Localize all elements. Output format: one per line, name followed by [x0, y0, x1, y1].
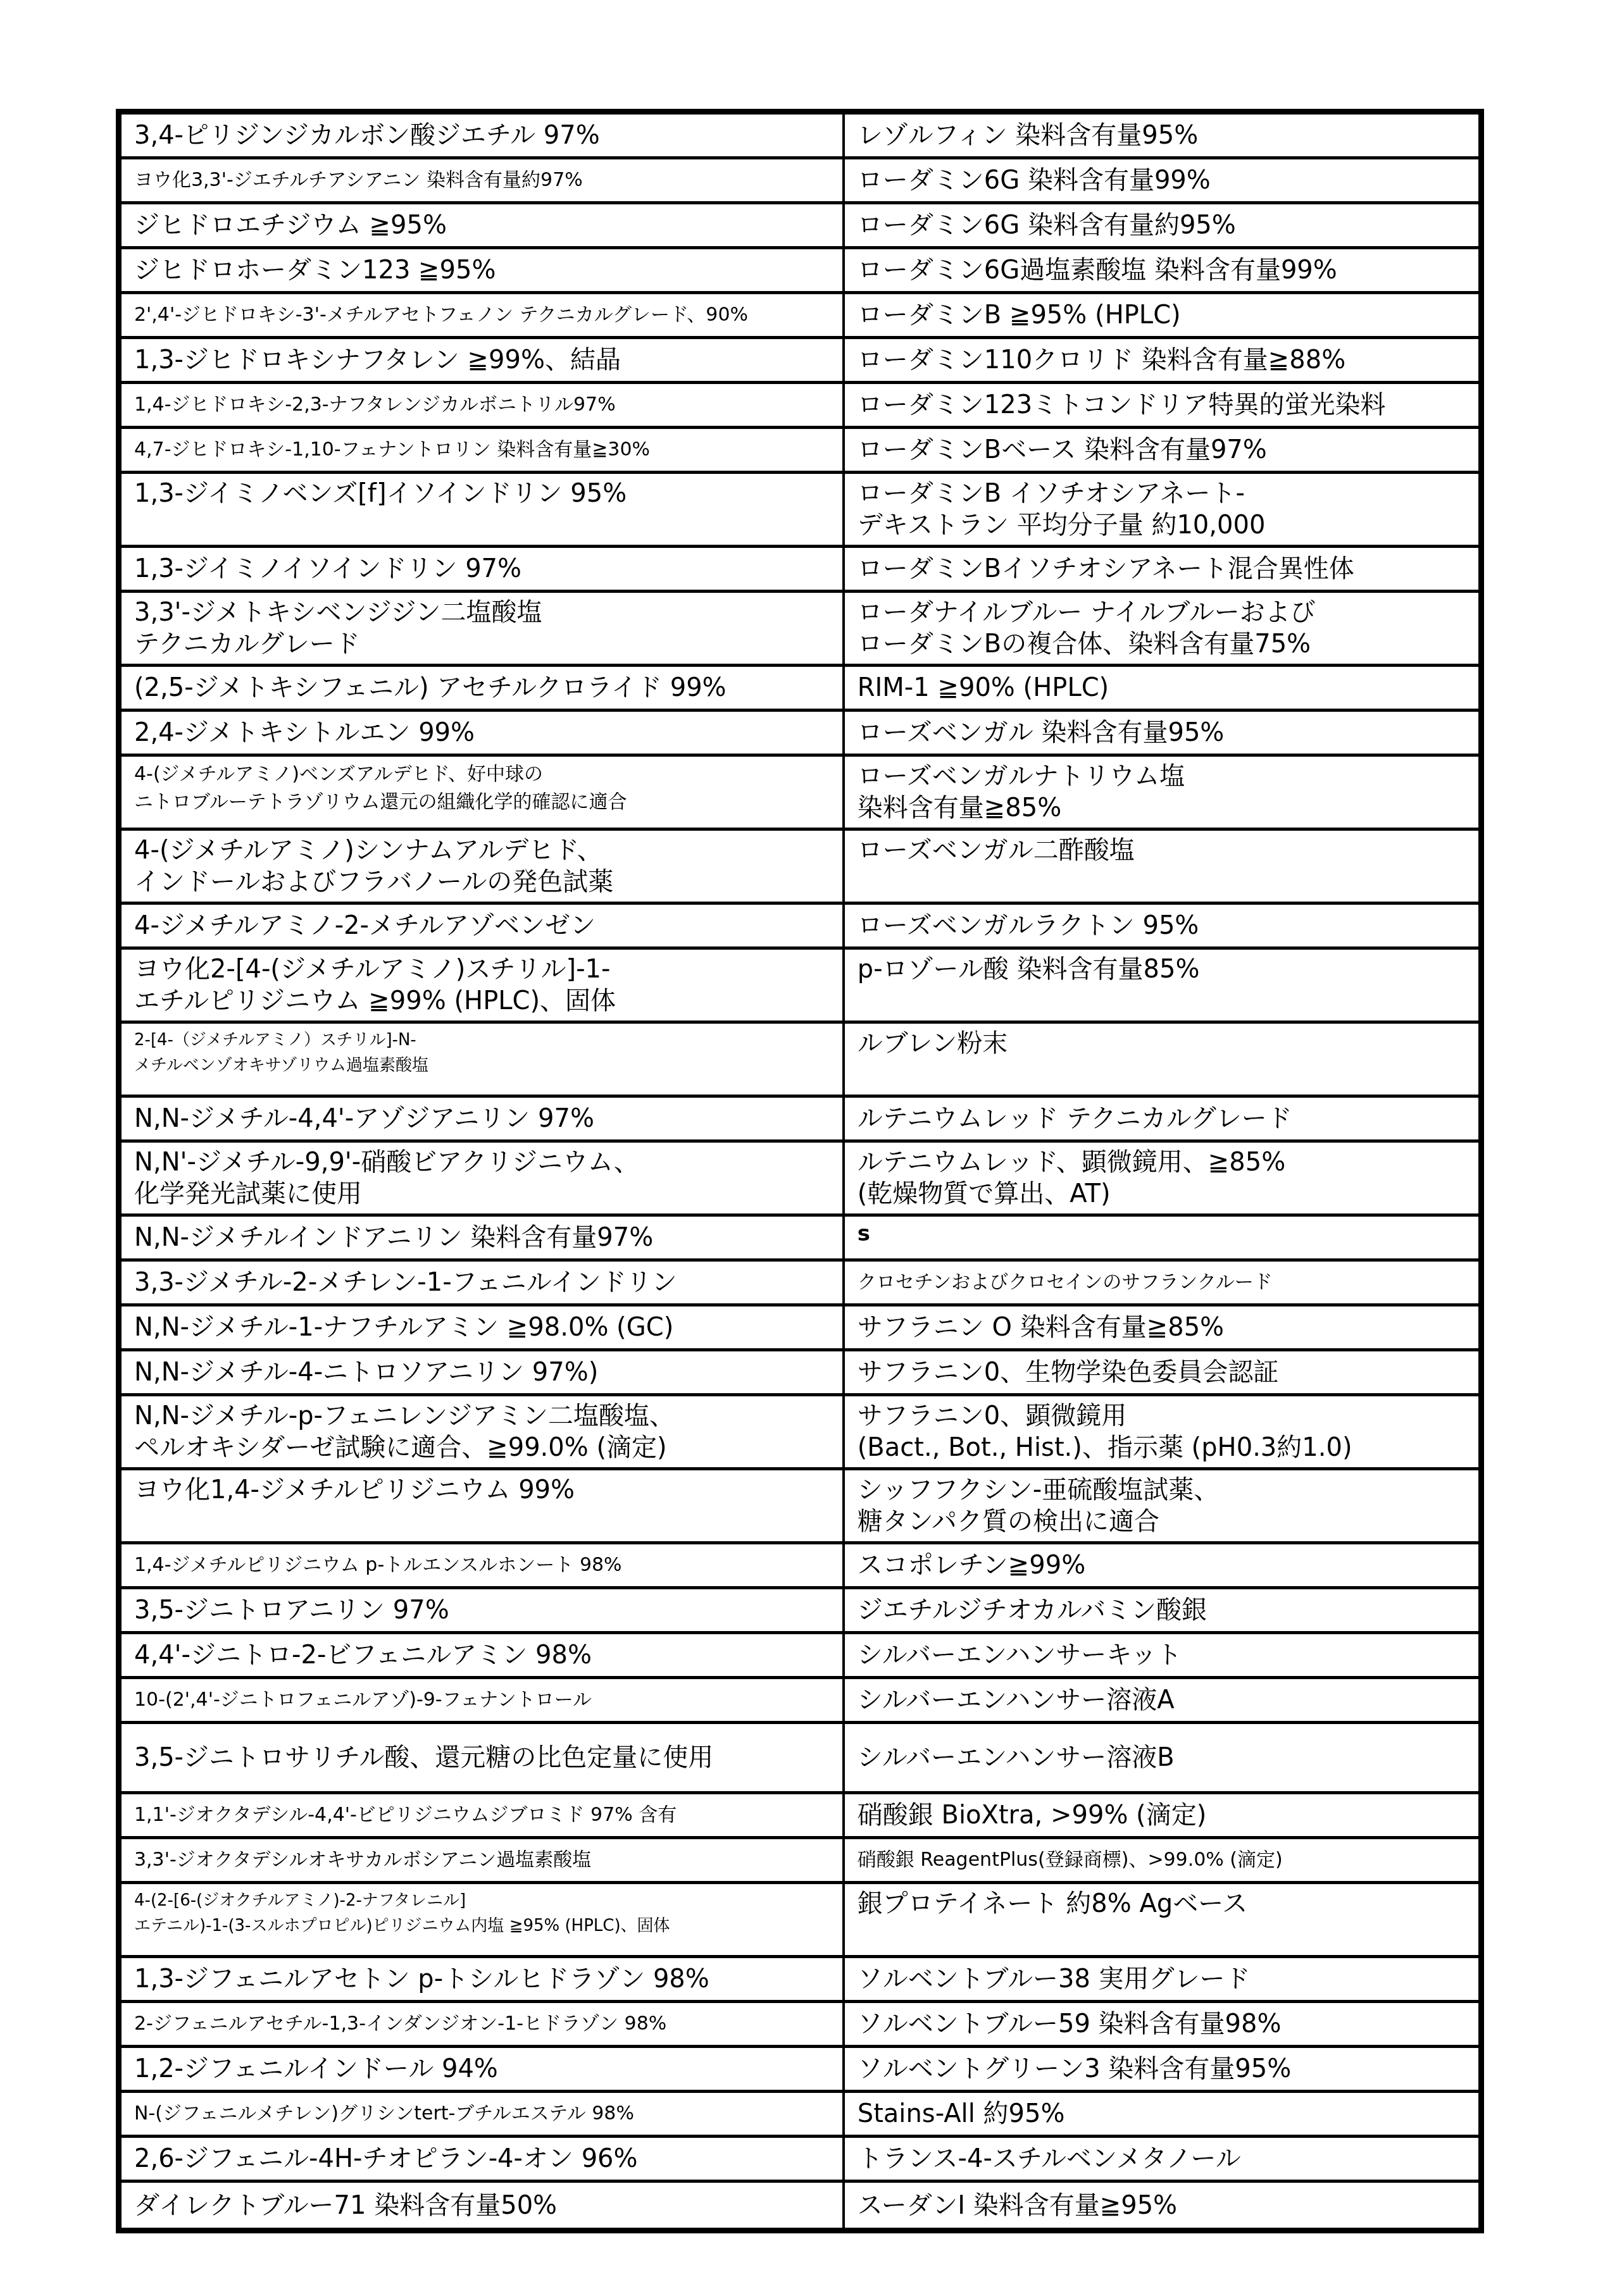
table-row: N,N-ジメチル-p-フェニレンジアミン二塩酸塩、ペルオキシダーゼ試験に適合、≧… [122, 1396, 1478, 1470]
cell-left-product: 1,4-ジヒドロキシ-2,3-ナフタレンジカルボニトリル97% [122, 384, 845, 426]
cell-right-product: サフラニン O 染料含有量≧85% [845, 1306, 1478, 1348]
product-name-line: 4-(2-[6-(ジオクチルアミノ)-2-ナフタレニル] [134, 1888, 832, 1913]
cell-right-product: ローダナイルブルー ナイルブルーおよびローダミンBの複合体、染料含有量75% [845, 593, 1478, 664]
product-name-line: 4,7-ジヒドロキシ-1,10-フェナントロリン 染料含有量≧30% [134, 436, 832, 464]
product-name-line: 硝酸銀 BioXtra, >99% (滴定) [858, 1799, 1468, 1831]
table-row: 3,3'-ジメトキシベンジジン二塩酸塩テクニカルグレードローダナイルブルー ナイ… [122, 593, 1478, 667]
product-name-line: Stains-All 約95% [858, 2098, 1468, 2130]
table-row: 4,7-ジヒドロキシ-1,10-フェナントロリン 染料含有量≧30%ローダミンB… [122, 429, 1478, 474]
cell-right-product: s [845, 1217, 1478, 1258]
cell-right-product: サフラニン0、顕微鏡用(Bact., Bot., Hist.)、指示薬 (pH0… [845, 1396, 1478, 1467]
product-name-line: ヨウ化1,4-ジメチルピリジニウム 99% [134, 1474, 832, 1506]
product-name-line: ジヒドロホーダミン123 ≧95% [134, 254, 832, 286]
table-row: 1,2-ジフェニルインドール 94%ソルベントグリーン3 染料含有量95% [122, 2048, 1478, 2093]
cell-right-product: シッフフクシン-亜硫酸塩試薬、糖タンパク質の検出に適合 [845, 1470, 1478, 1541]
cell-left-product: 3,5-ジニトロアニリン 97% [122, 1589, 845, 1631]
cell-left-product: ジヒドロホーダミン123 ≧95% [122, 249, 845, 291]
product-name-line: サフラニン0、顕微鏡用 [858, 1400, 1468, 1432]
product-name-line: ローダミン6G 染料含有量約95% [858, 209, 1468, 241]
table-row: 3,3-ジメチル-2-メチレン-1-フェニルインドリンクロセチンおよびクロセイン… [122, 1262, 1478, 1306]
product-name-line: ルテニウムレッド、顕微鏡用、≧85% [858, 1146, 1468, 1178]
cell-right-product: ローダミン6G 染料含有量約95% [845, 204, 1478, 246]
cell-left-product: (2,5-ジメトキシフェニル) アセチルクロライド 99% [122, 667, 845, 709]
product-name-line: ジヒドロエチジウム ≧95% [134, 209, 832, 241]
table-row: 3,3'-ジオクタデシルオキサカルボシアニン過塩素酸塩硝酸銀 ReagentPl… [122, 1839, 1478, 1884]
product-name-line: トランス-4-スチルベンメタノール [858, 2143, 1468, 2175]
product-name-line: シルバーエンハンサー溶液B [858, 1742, 1468, 1773]
product-name-line: ソルベントブルー59 染料含有量98% [858, 2008, 1468, 2040]
product-name-line: N,N-ジメチル-1-ナフチルアミン ≧98.0% (GC) [134, 1312, 832, 1343]
product-name-line: N,N-ジメチル-4,4'-アゾジアニリン 97% [134, 1103, 832, 1134]
table-row: 1,3-ジヒドロキシナフタレン ≧99%、結晶ローダミン110クロリド 染料含有… [122, 339, 1478, 384]
product-name-line: 糖タンパク質の検出に適合 [858, 1506, 1468, 1537]
cell-right-product: ローズベンガル二酢酸塩 [845, 831, 1478, 902]
product-name-line: (2,5-ジメトキシフェニル) アセチルクロライド 99% [134, 672, 832, 704]
cell-left-product: 3,3-ジメチル-2-メチレン-1-フェニルインドリン [122, 1262, 845, 1303]
product-name-line: 1,2-ジフェニルインドール 94% [134, 2053, 832, 2085]
cell-left-product: 3,4-ピリジンジカルボン酸ジエチル 97% [122, 115, 845, 156]
table-row: 4-ジメチルアミノ-2-メチルアゾベンゼンローズベンガルラクトン 95% [122, 905, 1478, 950]
table-row: N,N'-ジメチル-9,9'-硝酸ビアクリジニウム、化学発光試薬に使用ルテニウム… [122, 1143, 1478, 1217]
cell-left-product: N-(ジフェニルメチレン)グリシンtert-ブチルエステル 98% [122, 2093, 845, 2135]
product-name-line: N-(ジフェニルメチレン)グリシンtert-ブチルエステル 98% [134, 2100, 832, 2128]
cell-left-product: 2-ジフェニルアセチル-1,3-インダンジオン-1-ヒドラゾン 98% [122, 2003, 845, 2045]
cell-right-product: RIM-1 ≧90% (HPLC) [845, 667, 1478, 709]
product-name-line: シルバーエンハンサー溶液A [858, 1684, 1468, 1716]
table-row: 1,3-ジイミノイソインドリン 97%ローダミンBイソチオシアネート混合異性体 [122, 548, 1478, 593]
product-name-line: 1,3-ジイミノイソインドリン 97% [134, 553, 832, 585]
product-name-line: ルブレン粉末 [858, 1027, 1468, 1059]
table-row: 2-ジフェニルアセチル-1,3-インダンジオン-1-ヒドラゾン 98%ソルベント… [122, 2003, 1478, 2048]
product-name-line: 3,3'-ジオクタデシルオキサカルボシアニン過塩素酸塩 [134, 1846, 832, 1874]
table-row: N-(ジフェニルメチレン)グリシンtert-ブチルエステル 98%Stains-… [122, 2093, 1478, 2138]
product-name-line: 4-ジメチルアミノ-2-メチルアゾベンゼン [134, 910, 832, 941]
cell-right-product: ソルベントブルー59 染料含有量98% [845, 2003, 1478, 2045]
table-row: 10-(2',4'-ジニトロフェニルアゾ)-9-フェナントロールシルバーエンハン… [122, 1679, 1478, 1724]
cell-left-product: 2',4'-ジヒドロキシ-3'-メチルアセトフェノン テクニカルグレード、90% [122, 294, 845, 336]
product-name-line: 1,3-ジイミノベンズ[f]イソインドリン 95% [134, 478, 832, 509]
table-row: 2,4-ジメトキシトルエン 99%ローズベンガル 染料含有量95% [122, 712, 1478, 757]
cell-left-product: 4,4'-ジニトロ-2-ビフェニルアミン 98% [122, 1634, 845, 1676]
product-name-line: 1,3-ジヒドロキシナフタレン ≧99%、結晶 [134, 344, 832, 376]
table-row: 1,3-ジイミノベンズ[f]イソインドリン 95%ローダミンB イソチオシアネー… [122, 474, 1478, 548]
table-row: ヨウ化2-[4-(ジメチルアミノ)スチリル]-1-エチルピリジニウム ≧99% … [122, 950, 1478, 1024]
table-row: ジヒドロエチジウム ≧95%ローダミン6G 染料含有量約95% [122, 204, 1478, 249]
cell-left-product: N,N'-ジメチル-9,9'-硝酸ビアクリジニウム、化学発光試薬に使用 [122, 1143, 845, 1213]
product-name-line: N,N'-ジメチル-9,9'-硝酸ビアクリジニウム、 [134, 1146, 832, 1178]
cell-right-product: ルブレン粉末 [845, 1024, 1478, 1095]
cell-left-product: 10-(2',4'-ジニトロフェニルアゾ)-9-フェナントロール [122, 1679, 845, 1721]
cell-left-product: 1,3-ジイミノイソインドリン 97% [122, 548, 845, 590]
table-row: ヨウ化3,3'-ジエチルチアシアニン 染料含有量約97%ローダミン6G 染料含有… [122, 159, 1478, 204]
table-row: 4,4'-ジニトロ-2-ビフェニルアミン 98%シルバーエンハンサーキット [122, 1634, 1478, 1679]
cell-right-product: ローダミンB イソチオシアネート-デキストラン 平均分子量 約10,000 [845, 474, 1478, 545]
product-name-line: レゾルフィン 染料含有量95% [858, 120, 1468, 151]
cell-right-product: 硝酸銀 BioXtra, >99% (滴定) [845, 1794, 1478, 1836]
product-name-line: 4-(ジメチルアミノ)ベンズアルデヒド、好中球の [134, 760, 832, 788]
table-row: 3,4-ピリジンジカルボン酸ジエチル 97%レゾルフィン 染料含有量95% [122, 115, 1478, 159]
table-row: N,N-ジメチル-4,4'-アゾジアニリン 97%ルテニウムレッド テクニカルグ… [122, 1098, 1478, 1143]
product-name-line: (乾燥物質で算出、AT) [858, 1178, 1468, 1210]
product-name-line: ローダミン123ミトコンドリア特異的蛍光染料 [858, 389, 1468, 421]
cell-right-product: スコポレチン≧99% [845, 1544, 1478, 1586]
product-name-line: エチルピリジニウム ≧99% (HPLC)、固体 [134, 985, 832, 1017]
cell-right-product: ローズベンガルナトリウム塩染料含有量≧85% [845, 757, 1478, 828]
table-row: 1,4-ジメチルピリジニウム p-トルエンスルホンート 98%スコポレチン≧99… [122, 1544, 1478, 1589]
cell-left-product: 1,3-ジヒドロキシナフタレン ≧99%、結晶 [122, 339, 845, 381]
cell-right-product: ローズベンガルラクトン 95% [845, 905, 1478, 946]
product-name-line: ヨウ化3,3'-ジエチルチアシアニン 染料含有量約97% [134, 166, 832, 194]
product-name-line: ローダミンBイソチオシアネート混合異性体 [858, 553, 1468, 585]
cell-left-product: N,N-ジメチル-4-ニトロソアニリン 97%) [122, 1351, 845, 1393]
table-row: 3,5-ジニトロサリチル酸、還元糖の比色定量に使用シルバーエンハンサー溶液B [122, 1724, 1478, 1794]
table-row: (2,5-ジメトキシフェニル) アセチルクロライド 99%RIM-1 ≧90% … [122, 667, 1478, 712]
cell-left-product: 1,4-ジメチルピリジニウム p-トルエンスルホンート 98% [122, 1544, 845, 1586]
table-row: N,N-ジメチルインドアニリン 染料含有量97%s [122, 1217, 1478, 1262]
product-name-line: ローダミンBベース 染料含有量97% [858, 434, 1468, 466]
product-name-line: ローダミン6G 染料含有量99% [858, 164, 1468, 196]
table-row: N,N-ジメチル-4-ニトロソアニリン 97%)サフラニン0、生物学染色委員会認… [122, 1351, 1478, 1396]
cell-left-product: 2,6-ジフェニル-4H-チオピラン-4-オン 96% [122, 2138, 845, 2180]
product-name-line: p-ロゾール酸 染料含有量85% [858, 953, 1468, 985]
cell-left-product: 3,3'-ジメトキシベンジジン二塩酸塩テクニカルグレード [122, 593, 845, 664]
table-row: 4-(ジメチルアミノ)シンナムアルデヒド、インドールおよびフラバノールの発色試薬… [122, 831, 1478, 905]
cell-left-product: 4-ジメチルアミノ-2-メチルアゾベンゼン [122, 905, 845, 946]
product-name-line: N,N-ジメチル-4-ニトロソアニリン 97%) [134, 1356, 832, 1388]
product-name-line: インドールおよびフラバノールの発色試薬 [134, 866, 832, 898]
cell-right-product: スーダンI 染料含有量≧95% [845, 2183, 1478, 2228]
product-name-line: ダイレクトブルー71 染料含有量50% [134, 2190, 832, 2221]
cell-left-product: ジヒドロエチジウム ≧95% [122, 204, 845, 246]
cell-right-product: ローダミン110クロリド 染料含有量≧88% [845, 339, 1478, 381]
cell-right-product: シルバーエンハンサー溶液A [845, 1679, 1478, 1721]
cell-left-product: ダイレクトブルー71 染料含有量50% [122, 2183, 845, 2228]
product-name-line: ヨウ化2-[4-(ジメチルアミノ)スチリル]-1- [134, 953, 832, 985]
table-row: 2,6-ジフェニル-4H-チオピラン-4-オン 96%トランス-4-スチルベンメ… [122, 2138, 1478, 2183]
product-name-line: デキストラン 平均分子量 約10,000 [858, 509, 1468, 541]
product-name-line: 1,4-ジメチルピリジニウム p-トルエンスルホンート 98% [134, 1551, 832, 1579]
cell-right-product: ローダミンBベース 染料含有量97% [845, 429, 1478, 471]
cell-left-product: N,N-ジメチル-4,4'-アゾジアニリン 97% [122, 1098, 845, 1139]
cell-left-product: N,N-ジメチルインドアニリン 染料含有量97% [122, 1217, 845, 1258]
table-row: 1,4-ジヒドロキシ-2,3-ナフタレンジカルボニトリル97%ローダミン123ミ… [122, 384, 1478, 429]
cell-right-product: サフラニン0、生物学染色委員会認証 [845, 1351, 1478, 1393]
cell-right-product: ルテニウムレッド テクニカルグレード [845, 1098, 1478, 1139]
product-name-line: 硝酸銀 ReagentPlus(登録商標)、>99.0% (滴定) [858, 1846, 1468, 1874]
product-name-line: サフラニン0、生物学染色委員会認証 [858, 1356, 1468, 1388]
product-name-line: シッフフクシン-亜硫酸塩試薬、 [858, 1474, 1468, 1506]
cell-right-product: ローダミン6G 染料含有量99% [845, 159, 1478, 201]
product-name-line: スコポレチン≧99% [858, 1549, 1468, 1581]
cell-right-product: Stains-All 約95% [845, 2093, 1478, 2135]
product-name-line: クロセチンおよびクロセインのサフランクルード [858, 1269, 1468, 1296]
product-name-line: ローダミン6G過塩素酸塩 染料含有量99% [858, 254, 1468, 286]
product-name-line: ローズベンガル二酢酸塩 [858, 835, 1468, 866]
product-name-line: 銀プロテイネート 約8% Agベース [858, 1888, 1468, 1920]
product-name-line: ローダミン110クロリド 染料含有量≧88% [858, 344, 1468, 376]
cell-left-product: 1,3-ジイミノベンズ[f]イソインドリン 95% [122, 474, 845, 545]
cell-right-product: 銀プロテイネート 約8% Agベース [845, 1884, 1478, 1955]
product-name-line: シルバーエンハンサーキット [858, 1639, 1468, 1671]
table-row: 4-(ジメチルアミノ)ベンズアルデヒド、好中球のニトロブルーテトラゾリウム還元の… [122, 757, 1478, 831]
table-row: 2',4'-ジヒドロキシ-3'-メチルアセトフェノン テクニカルグレード、90%… [122, 294, 1478, 339]
cell-left-product: 4-(2-[6-(ジオクチルアミノ)-2-ナフタレニル]エテニル)-1-(3-ス… [122, 1884, 845, 1955]
table-row: ジヒドロホーダミン123 ≧95%ローダミン6G過塩素酸塩 染料含有量99% [122, 249, 1478, 294]
chemical-product-table: 3,4-ピリジンジカルボン酸ジエチル 97%レゾルフィン 染料含有量95%ヨウ化… [116, 109, 1484, 2233]
cell-left-product: 3,5-ジニトロサリチル酸、還元糖の比色定量に使用 [122, 1724, 845, 1791]
product-name-line: 2,4-ジメトキシトルエン 99% [134, 717, 832, 748]
product-name-line: 10-(2',4'-ジニトロフェニルアゾ)-9-フェナントロール [134, 1686, 832, 1714]
product-name-line: s [858, 1220, 1468, 1247]
cell-right-product: シルバーエンハンサーキット [845, 1634, 1478, 1676]
product-name-line: N,N-ジメチル-p-フェニレンジアミン二塩酸塩、 [134, 1400, 832, 1432]
product-name-line: メチルベンゾオキサゾリウム過塩素酸塩 [134, 1053, 832, 1078]
cell-left-product: 2-[4-（ジメチルアミノ）スチリル]-N-メチルベンゾオキサゾリウム過塩素酸塩 [122, 1024, 845, 1095]
cell-right-product: シルバーエンハンサー溶液B [845, 1724, 1478, 1791]
table-row: N,N-ジメチル-1-ナフチルアミン ≧98.0% (GC)サフラニン O 染料… [122, 1306, 1478, 1351]
cell-right-product: p-ロゾール酸 染料含有量85% [845, 950, 1478, 1021]
product-name-line: 3,5-ジニトロサリチル酸、還元糖の比色定量に使用 [134, 1742, 832, 1773]
product-name-line: N,N-ジメチルインドアニリン 染料含有量97% [134, 1222, 832, 1253]
table-row: 3,5-ジニトロアニリン 97%ジエチルジチオカルバミン酸銀 [122, 1589, 1478, 1634]
cell-right-product: ジエチルジチオカルバミン酸銀 [845, 1589, 1478, 1631]
table-row: ダイレクトブルー71 染料含有量50%スーダンI 染料含有量≧95% [122, 2183, 1478, 2228]
product-name-line: ローダミンB イソチオシアネート- [858, 478, 1468, 509]
cell-left-product: 4,7-ジヒドロキシ-1,10-フェナントロリン 染料含有量≧30% [122, 429, 845, 471]
table-row: 4-(2-[6-(ジオクチルアミノ)-2-ナフタレニル]エテニル)-1-(3-ス… [122, 1884, 1478, 1958]
cell-left-product: 1,3-ジフェニルアセトン p-トシルヒドラゾン 98% [122, 1958, 845, 2000]
cell-left-product: ヨウ化2-[4-(ジメチルアミノ)スチリル]-1-エチルピリジニウム ≧99% … [122, 950, 845, 1021]
product-name-line: ソルベントブルー38 実用グレード [858, 1963, 1468, 1995]
cell-right-product: ソルベントブルー38 実用グレード [845, 1958, 1478, 2000]
product-name-line: 3,5-ジニトロアニリン 97% [134, 1594, 832, 1626]
product-name-line: 2',4'-ジヒドロキシ-3'-メチルアセトフェノン テクニカルグレード、90% [134, 301, 832, 329]
product-name-line: エテニル)-1-(3-スルホプロピル)ピリジニウム内塩 ≧95% (HPLC)、… [134, 1913, 832, 1939]
product-name-line: ローダミンBの複合体、染料含有量75% [858, 628, 1468, 660]
cell-right-product: レゾルフィン 染料含有量95% [845, 115, 1478, 156]
cell-left-product: ヨウ化3,3'-ジエチルチアシアニン 染料含有量約97% [122, 159, 845, 201]
product-name-line: RIM-1 ≧90% (HPLC) [858, 672, 1468, 704]
product-name-line: テクニカルグレード [134, 628, 832, 660]
product-name-line: ローズベンガル 染料含有量95% [858, 717, 1468, 748]
product-name-line: 1,3-ジフェニルアセトン p-トシルヒドラゾン 98% [134, 1963, 832, 1995]
product-name-line: 3,3-ジメチル-2-メチレン-1-フェニルインドリン [134, 1267, 832, 1298]
product-name-line: ペルオキシダーゼ試験に適合、≧99.0% (滴定) [134, 1432, 832, 1463]
product-name-line: ニトロブルーテトラゾリウム還元の組織化学的確認に適合 [134, 788, 832, 816]
cell-right-product: ローダミンBイソチオシアネート混合異性体 [845, 548, 1478, 590]
table-row: 1,3-ジフェニルアセトン p-トシルヒドラゾン 98%ソルベントブルー38 実… [122, 1958, 1478, 2003]
cell-left-product: 4-(ジメチルアミノ)シンナムアルデヒド、インドールおよびフラバノールの発色試薬 [122, 831, 845, 902]
product-name-line: サフラニン O 染料含有量≧85% [858, 1312, 1468, 1343]
product-name-line: ローズベンガルナトリウム塩 [858, 760, 1468, 792]
cell-left-product: ヨウ化1,4-ジメチルピリジニウム 99% [122, 1470, 845, 1541]
product-name-line: ルテニウムレッド テクニカルグレード [858, 1103, 1468, 1134]
cell-right-product: ローダミン6G過塩素酸塩 染料含有量99% [845, 249, 1478, 291]
cell-right-product: ローズベンガル 染料含有量95% [845, 712, 1478, 754]
product-name-line: 3,3'-ジメトキシベンジジン二塩酸塩 [134, 597, 832, 628]
table-row: 1,1'-ジオクタデシル-4,4'-ビピリジニウムジブロミド 97% 含有硝酸銀… [122, 1794, 1478, 1839]
cell-left-product: 4-(ジメチルアミノ)ベンズアルデヒド、好中球のニトロブルーテトラゾリウム還元の… [122, 757, 845, 828]
product-name-line: 3,4-ピリジンジカルボン酸ジエチル 97% [134, 120, 832, 151]
product-name-line: 1,1'-ジオクタデシル-4,4'-ビピリジニウムジブロミド 97% 含有 [134, 1801, 832, 1829]
cell-right-product: ローダミン123ミトコンドリア特異的蛍光染料 [845, 384, 1478, 426]
cell-left-product: 3,3'-ジオクタデシルオキサカルボシアニン過塩素酸塩 [122, 1839, 845, 1881]
document-page: 3,4-ピリジンジカルボン酸ジエチル 97%レゾルフィン 染料含有量95%ヨウ化… [0, 0, 1610, 2296]
product-name-line: ローダナイルブルー ナイルブルーおよび [858, 597, 1468, 628]
product-name-line: 2-[4-（ジメチルアミノ）スチリル]-N- [134, 1027, 832, 1053]
product-name-line: ローダミンB ≧95% (HPLC) [858, 299, 1468, 331]
product-name-line: ジエチルジチオカルバミン酸銀 [858, 1594, 1468, 1626]
product-name-line: 化学発光試薬に使用 [134, 1178, 832, 1210]
product-name-line: 染料含有量≧85% [858, 792, 1468, 824]
product-name-line: 1,4-ジヒドロキシ-2,3-ナフタレンジカルボニトリル97% [134, 391, 832, 419]
product-name-line: 2-ジフェニルアセチル-1,3-インダンジオン-1-ヒドラゾン 98% [134, 2010, 832, 2038]
cell-left-product: N,N-ジメチル-p-フェニレンジアミン二塩酸塩、ペルオキシダーゼ試験に適合、≧… [122, 1396, 845, 1467]
product-name-line: 4,4'-ジニトロ-2-ビフェニルアミン 98% [134, 1639, 832, 1671]
cell-right-product: ソルベントグリーン3 染料含有量95% [845, 2048, 1478, 2090]
cell-left-product: 1,2-ジフェニルインドール 94% [122, 2048, 845, 2090]
cell-right-product: ルテニウムレッド、顕微鏡用、≧85%(乾燥物質で算出、AT) [845, 1143, 1478, 1213]
product-name-line: スーダンI 染料含有量≧95% [858, 2190, 1468, 2221]
table-row: ヨウ化1,4-ジメチルピリジニウム 99%シッフフクシン-亜硫酸塩試薬、糖タンパ… [122, 1470, 1478, 1544]
product-name-line: (Bact., Bot., Hist.)、指示薬 (pH0.3約1.0) [858, 1432, 1468, 1463]
cell-left-product: 1,1'-ジオクタデシル-4,4'-ビピリジニウムジブロミド 97% 含有 [122, 1794, 845, 1836]
cell-right-product: クロセチンおよびクロセインのサフランクルード [845, 1262, 1478, 1303]
cell-right-product: 硝酸銀 ReagentPlus(登録商標)、>99.0% (滴定) [845, 1839, 1478, 1881]
cell-right-product: トランス-4-スチルベンメタノール [845, 2138, 1478, 2180]
cell-left-product: 2,4-ジメトキシトルエン 99% [122, 712, 845, 754]
product-name-line: 2,6-ジフェニル-4H-チオピラン-4-オン 96% [134, 2143, 832, 2175]
cell-left-product: N,N-ジメチル-1-ナフチルアミン ≧98.0% (GC) [122, 1306, 845, 1348]
product-name-line: ソルベントグリーン3 染料含有量95% [858, 2053, 1468, 2085]
product-name-line: 4-(ジメチルアミノ)シンナムアルデヒド、 [134, 835, 832, 866]
cell-right-product: ローダミンB ≧95% (HPLC) [845, 294, 1478, 336]
product-name-line: ローズベンガルラクトン 95% [858, 910, 1468, 941]
table-row: 2-[4-（ジメチルアミノ）スチリル]-N-メチルベンゾオキサゾリウム過塩素酸塩… [122, 1024, 1478, 1098]
